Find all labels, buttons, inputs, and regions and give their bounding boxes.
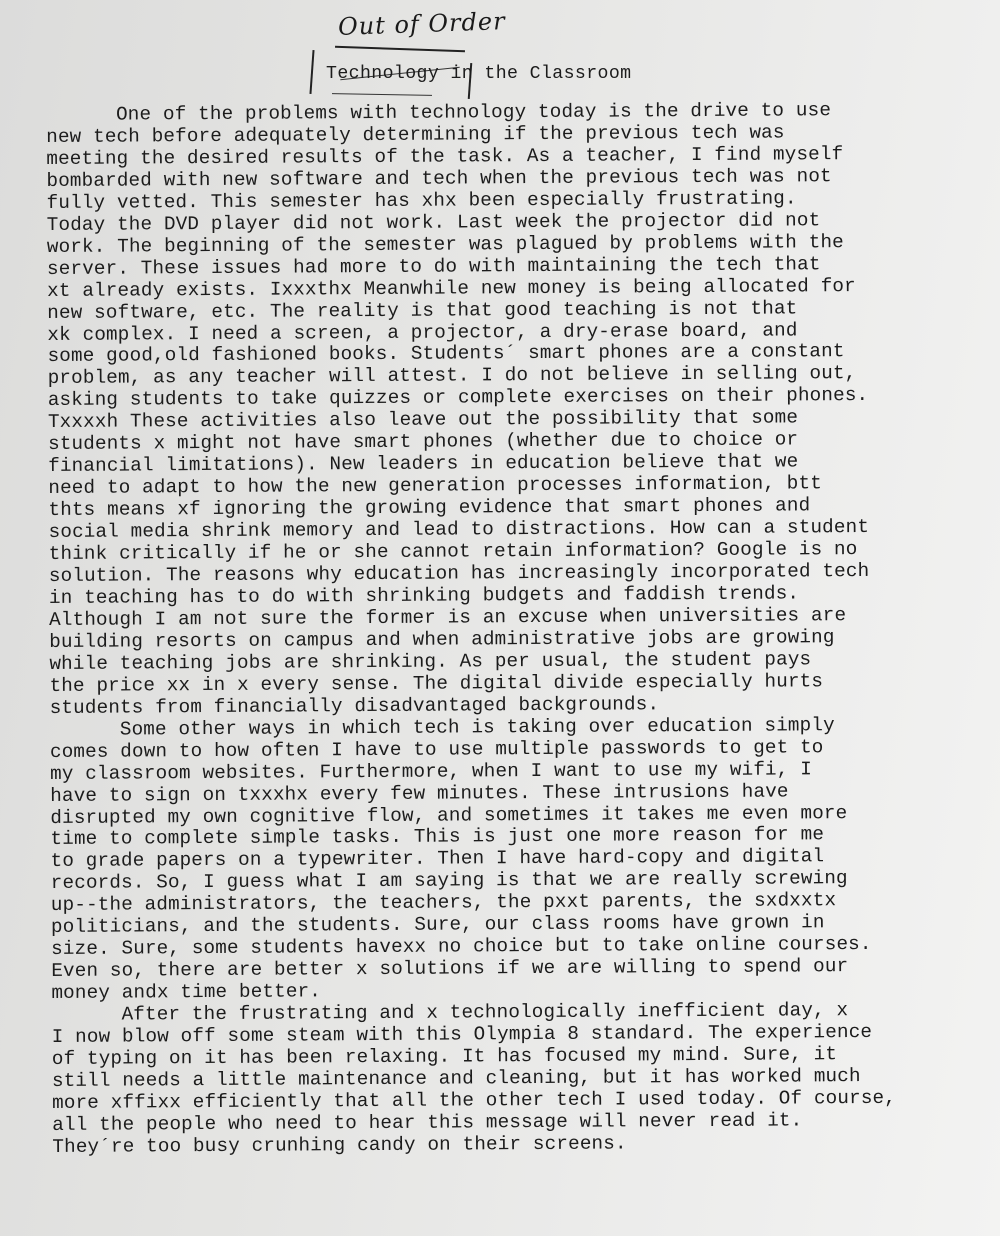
- typewritten-page: Out of Order Technology in the Classroom…: [0, 0, 1000, 1236]
- typed-title: Technology in the Classroom: [326, 64, 632, 84]
- text-line: They´re too busy crunhing candy on their…: [52, 1131, 982, 1159]
- title-underline: [332, 93, 432, 96]
- body-text: One of the problems with technology toda…: [46, 99, 982, 1158]
- handwritten-underline: [335, 46, 465, 53]
- paragraph-3: After the frustrating and x technologica…: [51, 999, 982, 1158]
- paragraph-2: Some other ways in which tech is taking …: [50, 714, 982, 1005]
- handwritten-title: Out of Order: [338, 7, 506, 41]
- insertion-mark-left: [309, 50, 314, 94]
- paragraph-1: One of the problems with technology toda…: [46, 99, 980, 719]
